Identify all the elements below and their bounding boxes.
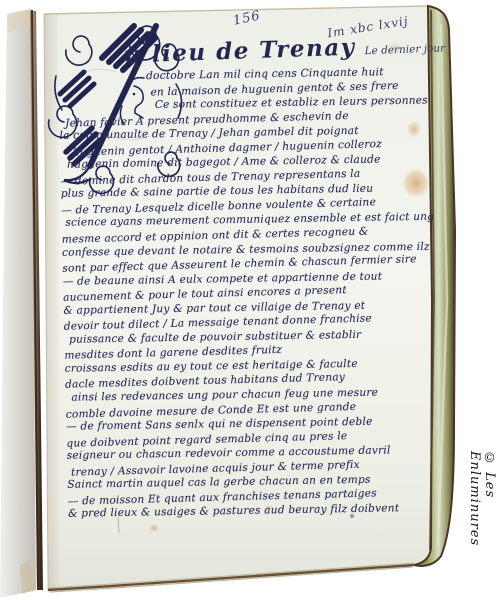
manuscript-body: doctobre Lan mil cinq cens Cinquante hui…	[58, 64, 440, 523]
heading-tail-text: Le dernier jour	[364, 42, 445, 57]
copyright-credit: © Les Enluminures	[467, 451, 497, 593]
manuscript-photo: 156 Im xbc lxvij u lieu de TrenayLe dern…	[0, 0, 497, 600]
left-page-edges	[0, 9, 36, 598]
